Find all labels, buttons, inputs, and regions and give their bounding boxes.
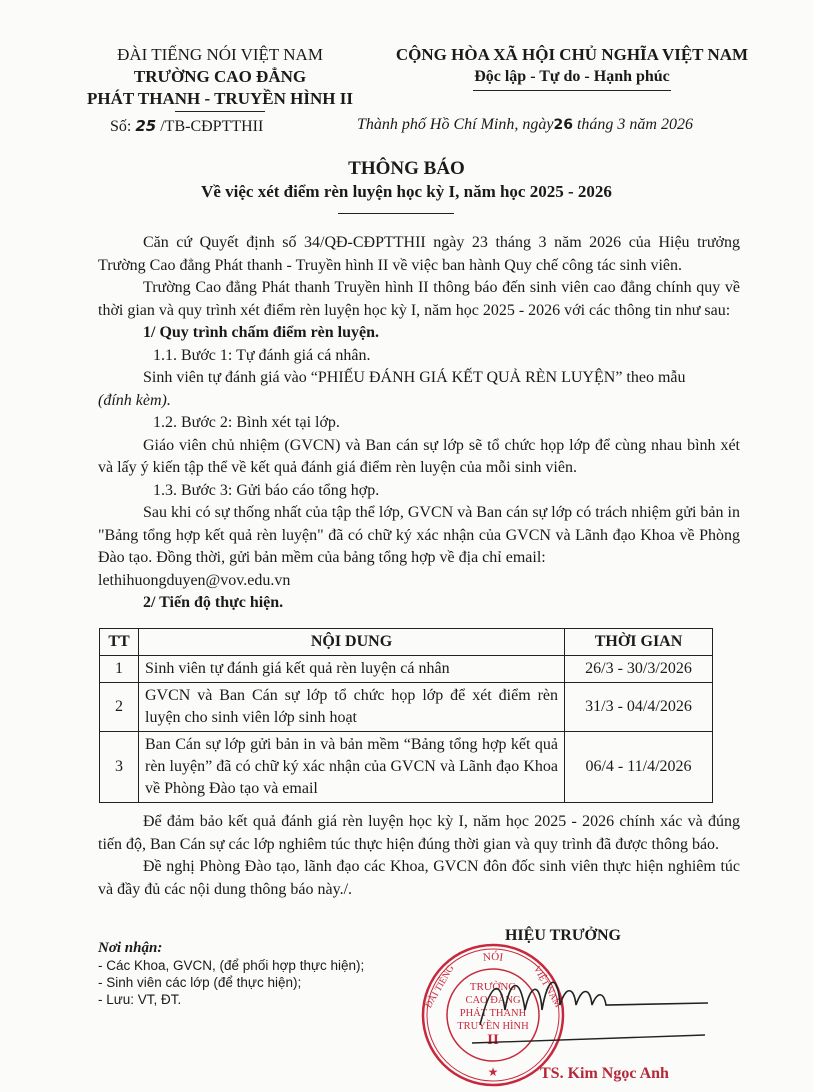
signature-scribble-icon (470, 965, 710, 1045)
national-name: CỘNG HÒA XÃ HỘI CHỦ NGHĨA VIỆT NAM (362, 44, 782, 66)
body-section-closing: Để đảm bảo kết quả đánh giá rèn luyện họ… (98, 811, 740, 901)
recipient-item: - Các Khoa, GVCN, (để phối hợp thực hiện… (98, 957, 364, 974)
motto-underline (473, 90, 671, 91)
table-header-row: TT NỘI DUNG THỜI GIAN (100, 629, 713, 656)
recipient-item: - Sinh viên các lớp (để thực hiện); (98, 974, 364, 991)
closing-paragraph-2: Đề nghị Phòng Đào tạo, lãnh đạo các Khoa… (98, 856, 740, 901)
row-tt: 1 (100, 656, 139, 683)
body-section-1: Căn cứ Quyết định số 34/QĐ-CĐPTTHII ngày… (98, 232, 740, 615)
issuer-school-line2: PHÁT THANH - TRUYỀN HÌNH II (80, 88, 360, 110)
step-1-heading: 1.1. Bước 1: Tự đánh giá cá nhân. (98, 345, 740, 368)
step-3-text: Sau khi có sự thống nhất của tập thể lớp… (98, 502, 740, 570)
intro-paragraph: Trường Cao đẳng Phát thanh Truyền hình I… (98, 277, 740, 322)
recipients-block: Nơi nhận: - Các Khoa, GVCN, (để phối hợp… (98, 940, 364, 1008)
issue-date: Thành phố Hồ Chí Minh, ngày26 tháng 3 nă… (357, 116, 693, 134)
national-motto: Độc lập - Tự do - Hạnh phúc (362, 66, 782, 88)
svg-text:NÓI: NÓI (482, 951, 504, 964)
table-row: 3 Ban Cán sự lớp gửi bản in và bản mềm “… (100, 732, 713, 803)
recipient-item: - Lưu: VT, ĐT. (98, 991, 364, 1008)
row-content: Sinh viên tự đánh giá kết quả rèn luyện … (139, 656, 565, 683)
schedule-table: TT NỘI DUNG THỜI GIAN 1 Sinh viên tự đán… (99, 628, 713, 803)
step-2-heading: 1.2. Bước 2: Bình xét tại lớp. (98, 412, 740, 435)
col-header-tt: TT (100, 629, 139, 656)
signer-name: TS. Kim Ngọc Anh (540, 1065, 669, 1083)
issuer-underline (175, 111, 265, 112)
date-prefix: Thành phố Hồ Chí Minh, ngày (357, 116, 553, 133)
row-time: 26/3 - 30/3/2026 (565, 656, 713, 683)
date-suffix: tháng 3 năm 2026 (573, 116, 693, 133)
title-divider (338, 213, 454, 214)
step-1-note: (đính kèm). (98, 390, 740, 413)
row-content: Ban Cán sự lớp gửi bản in và bản mềm “Bả… (139, 732, 565, 803)
section-1-heading: 1/ Quy trình chấm điểm rèn luyện. (98, 322, 740, 345)
row-tt: 3 (100, 732, 139, 803)
document-subtitle: Về việc xét điểm rèn luyện học kỳ I, năm… (0, 182, 813, 202)
issuer-parent-org: ĐÀI TIẾNG NÓI VIỆT NAM (80, 44, 360, 66)
table-row: 1 Sinh viên tự đánh giá kết quả rèn luyệ… (100, 656, 713, 683)
svg-text:★: ★ (488, 1065, 499, 1079)
section-2-heading: 2/ Tiến độ thực hiện. (98, 592, 740, 615)
legal-basis-paragraph: Căn cứ Quyết định số 34/QĐ-CĐPTTHII ngày… (98, 232, 740, 277)
row-content: GVCN và Ban Cán sự lớp tổ chức họp lớp đ… (139, 683, 565, 732)
row-time: 06/4 - 11/4/2026 (565, 732, 713, 803)
step-1-text: Sinh viên tự đánh giá vào “PHIẾU ĐÁNH GI… (98, 367, 740, 390)
closing-paragraph-1: Để đảm bảo kết quả đánh giá rèn luyện họ… (98, 811, 740, 856)
document-number: Số: 25 /TB-CĐPTTHII (110, 117, 263, 136)
doc-number-value: 25 (135, 117, 156, 135)
date-day: 26 (553, 117, 572, 133)
national-header: CỘNG HÒA XÃ HỘI CHỦ NGHĨA VIỆT NAM Độc l… (362, 44, 782, 91)
document-title: THÔNG BÁO (0, 158, 813, 180)
row-time: 31/3 - 04/4/2026 (565, 683, 713, 732)
doc-number-prefix: Số: (110, 118, 135, 135)
doc-number-suffix: /TB-CĐPTTHII (156, 118, 263, 135)
table-row: 2 GVCN và Ban Cán sự lớp tổ chức họp lớp… (100, 683, 713, 732)
col-header-time: THỜI GIAN (565, 629, 713, 656)
issuer-school-line1: TRƯỜNG CAO ĐẲNG (80, 66, 360, 88)
contact-email[interactable]: lethihuongduyen@vov.edu.vn (98, 570, 740, 593)
col-header-content: NỘI DUNG (139, 629, 565, 656)
row-tt: 2 (100, 683, 139, 732)
step-3-heading: 1.3. Bước 3: Gửi báo cáo tổng hợp. (98, 480, 740, 503)
recipients-heading: Nơi nhận: (98, 940, 364, 957)
issuer-block: ĐÀI TIẾNG NÓI VIỆT NAM TRƯỜNG CAO ĐẲNG P… (80, 44, 360, 112)
step-2-text: Giáo viên chủ nhiệm (GVCN) và Ban cán sự… (98, 435, 740, 480)
